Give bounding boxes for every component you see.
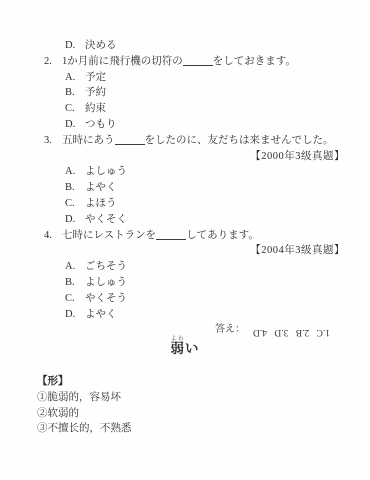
question-line-3: 3.五時にあうをしたのに、友だちは来ませんでした。 bbox=[0, 133, 370, 149]
question-text-before: 五時にあう bbox=[62, 135, 115, 146]
option-text: 予約 bbox=[85, 87, 106, 98]
option-line-q4-d: D.よやく bbox=[0, 307, 370, 323]
option-label: A. bbox=[65, 259, 85, 275]
question-text-before: 七時にレストランを bbox=[62, 230, 156, 241]
question-text-after: してあります。 bbox=[186, 230, 259, 241]
option-line-q2-d: D.つもり bbox=[0, 117, 370, 133]
option-text: よしゅう bbox=[85, 166, 127, 177]
option-line-q3-d: D.やくそく bbox=[0, 212, 370, 228]
definition-3: ③不擅长的，不熟悉 bbox=[37, 421, 132, 437]
option-line-q4-a: A.ごちそう bbox=[0, 259, 370, 275]
question-text-after: をしておきます。 bbox=[213, 56, 296, 67]
option-label: B. bbox=[65, 180, 85, 196]
option-text: 予定 bbox=[85, 72, 106, 83]
option-text: つもり bbox=[85, 119, 117, 130]
exam-source-tag-2000: 【2000年3级真题】 bbox=[0, 149, 370, 165]
option-text: 約束 bbox=[85, 103, 106, 114]
option-label: D. bbox=[65, 38, 85, 54]
option-line-q2-a: A.予定 bbox=[0, 70, 370, 86]
option-label: C. bbox=[65, 291, 85, 307]
question-number: 2. bbox=[44, 54, 62, 70]
blank-underline bbox=[183, 56, 213, 66]
option-text: よやく bbox=[85, 309, 117, 320]
option-text: よやく bbox=[85, 182, 117, 193]
option-label: D. bbox=[65, 307, 85, 323]
headword-furigana: よわ bbox=[171, 336, 185, 342]
option-line-q4-c: C.やくそう bbox=[0, 291, 370, 307]
option-line-q2-b: B.予約 bbox=[0, 85, 370, 101]
option-line-q4-b: B.よしゅう bbox=[0, 275, 370, 291]
question-line-2: 2.1か月前に飛行機の切符のをしておきます。 bbox=[0, 54, 370, 70]
headword-okurigana: い bbox=[185, 341, 200, 356]
option-label: B. bbox=[65, 85, 85, 101]
option-line-q1-d: D.決める bbox=[0, 38, 370, 54]
option-label: C. bbox=[65, 101, 85, 117]
option-label: A. bbox=[65, 70, 85, 86]
option-label: A. bbox=[65, 164, 85, 180]
question-text-before: 1か月前に飛行機の切符の bbox=[62, 56, 183, 67]
option-text: よしゅう bbox=[85, 277, 127, 288]
answer-label: 答え： bbox=[215, 324, 245, 335]
option-text: ごちそう bbox=[85, 261, 127, 272]
option-line-q3-b: B.よやく bbox=[0, 180, 370, 196]
quiz-section: D.決める 2.1か月前に飛行機の切符のをしておきます。 A.予定 B.予約 C… bbox=[0, 38, 370, 339]
dictionary-entry: 【形】 ①脆弱的，容易坏 ②软弱的 ③不擅长的，不熟悉 bbox=[37, 374, 132, 437]
option-text: 決める bbox=[85, 40, 117, 51]
definition-2: ②软弱的 bbox=[37, 406, 132, 422]
blank-underline bbox=[115, 135, 145, 145]
exam-source-tag-2004: 【2004年3级真题】 bbox=[0, 243, 370, 259]
headword: 弱よわい bbox=[0, 336, 370, 357]
option-line-q2-c: C.約束 bbox=[0, 101, 370, 117]
option-line-q3-a: A.よしゅう bbox=[0, 164, 370, 180]
blank-underline bbox=[156, 230, 186, 240]
option-line-q3-c: C.よほう bbox=[0, 196, 370, 212]
question-line-4: 4.七時にレストランをしてあります。 bbox=[0, 228, 370, 244]
option-label: D. bbox=[65, 117, 85, 133]
headword-ruby: 弱よわ bbox=[171, 341, 186, 356]
option-text: やくそう bbox=[85, 293, 127, 304]
part-of-speech-tag: 【形】 bbox=[37, 374, 132, 390]
question-number: 3. bbox=[44, 133, 62, 149]
textbook-page: D.決める 2.1か月前に飛行機の切符のをしておきます。 A.予定 B.予約 C… bbox=[0, 0, 370, 480]
option-label: B. bbox=[65, 275, 85, 291]
dictionary-headword-block: 弱よわい bbox=[0, 336, 370, 357]
question-text-after: をしたのに、友だちは来ませんでした。 bbox=[145, 135, 334, 146]
definition-1: ①脆弱的，容易坏 bbox=[37, 390, 132, 406]
option-text: やくそく bbox=[85, 214, 127, 225]
headword-kanji: 弱 bbox=[171, 341, 186, 356]
option-label: C. bbox=[65, 196, 85, 212]
question-number: 4. bbox=[44, 228, 62, 244]
option-label: D. bbox=[65, 212, 85, 228]
option-text: よほう bbox=[85, 198, 117, 209]
